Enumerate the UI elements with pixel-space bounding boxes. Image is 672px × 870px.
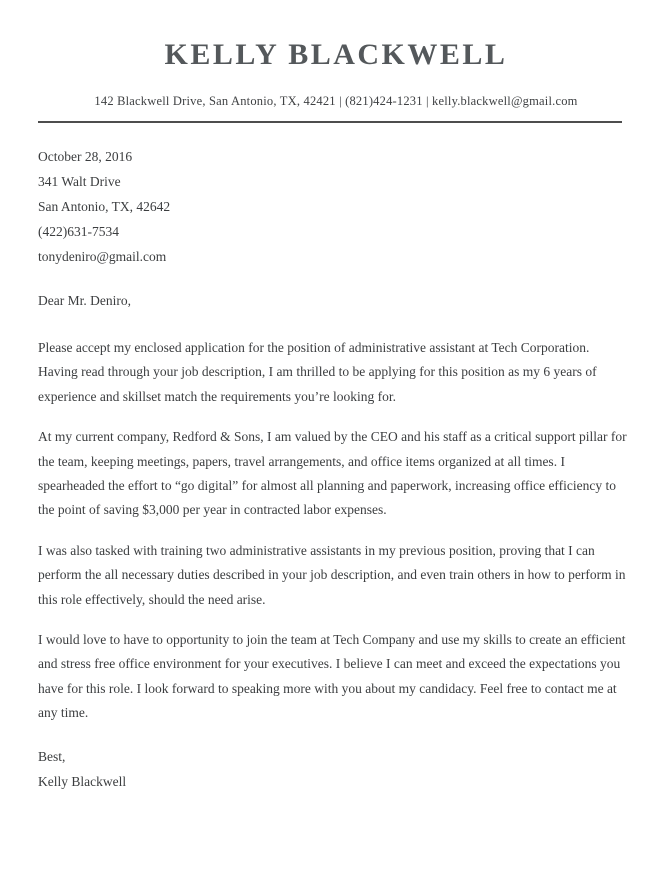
closing-block: Best, Kelly Blackwell — [38, 744, 632, 794]
salutation: Dear Mr. Deniro, — [38, 288, 632, 313]
recipient-block: October 28, 2016 341 Walt Drive San Anto… — [38, 144, 632, 269]
recipient-email: tonydeniro@gmail.com — [38, 244, 632, 269]
cover-letter-document: KELLY BLACKWELL 142 Blackwell Drive, San… — [0, 0, 672, 870]
recipient-city-state-zip: San Antonio, TX, 42642 — [38, 194, 632, 219]
body-paragraph-2: At my current company, Redford & Sons, I… — [38, 425, 632, 523]
signature-name: Kelly Blackwell — [38, 769, 632, 794]
letter-header: KELLY BLACKWELL 142 Blackwell Drive, San… — [0, 0, 672, 123]
header-divider — [38, 121, 622, 123]
letter-body: October 28, 2016 341 Walt Drive San Anto… — [0, 144, 672, 794]
recipient-phone: (422)631-7534 — [38, 219, 632, 244]
recipient-street: 341 Walt Drive — [38, 169, 632, 194]
body-paragraph-4: I would love to have to opportunity to j… — [38, 628, 632, 726]
sender-name-heading: KELLY BLACKWELL — [0, 40, 672, 70]
body-paragraph-1: Please accept my enclosed application fo… — [38, 336, 632, 409]
valediction: Best, — [38, 744, 632, 769]
letter-date: October 28, 2016 — [38, 144, 632, 169]
sender-contact-line: 142 Blackwell Drive, San Antonio, TX, 42… — [0, 94, 672, 108]
body-paragraph-3: I was also tasked with training two admi… — [38, 539, 632, 612]
